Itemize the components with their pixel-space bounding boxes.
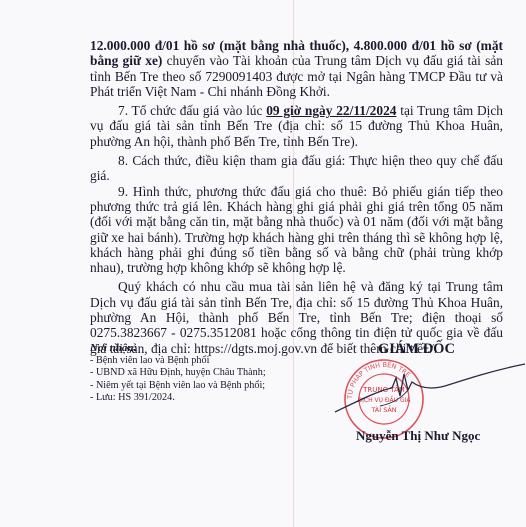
item-7-prefix: 7. Tổ chức đấu giá vào lúc xyxy=(118,103,266,118)
item-9: 9. Hình thức, phương thức đấu giá cho th… xyxy=(90,184,503,276)
document-body: 12.000.000 đ/01 hồ sơ (mặt bằng nhà thuố… xyxy=(90,38,503,356)
auction-datetime: 09 giờ ngày 22/11/2024 xyxy=(266,103,396,118)
recipient-item: - Niêm yết tại Bệnh viên lao và Bệnh phổ… xyxy=(90,380,266,392)
handwritten-signature-icon xyxy=(330,360,526,420)
document-page: 12.000.000 đ/01 hồ sơ (mặt bằng nhà thuố… xyxy=(0,0,526,527)
signer-name: Nguyễn Thị Như Ngọc xyxy=(356,428,480,444)
item-7: 7. Tổ chức đấu giá vào lúc 09 giờ ngày 2… xyxy=(90,103,503,149)
recipients-block: Nơi nhận: - Bệnh viên lao và Bệnh phổi -… xyxy=(90,342,266,404)
signer-title: GIÁM ĐỐC xyxy=(378,341,455,358)
recipient-item: - UBND xã Hữu Định, huyện Châu Thành; xyxy=(90,367,266,379)
recipient-item: - Lưu: HS 391/2024. xyxy=(90,392,266,404)
fee-paragraph: 12.000.000 đ/01 hồ sơ (mặt bằng nhà thuố… xyxy=(90,38,503,99)
recipients-title: Nơi nhận: xyxy=(90,342,266,354)
item-8: 8. Cách thức, điều kiện tham gia đấu giá… xyxy=(90,153,503,184)
recipient-item: - Bệnh viên lao và Bệnh phổi xyxy=(90,355,266,367)
